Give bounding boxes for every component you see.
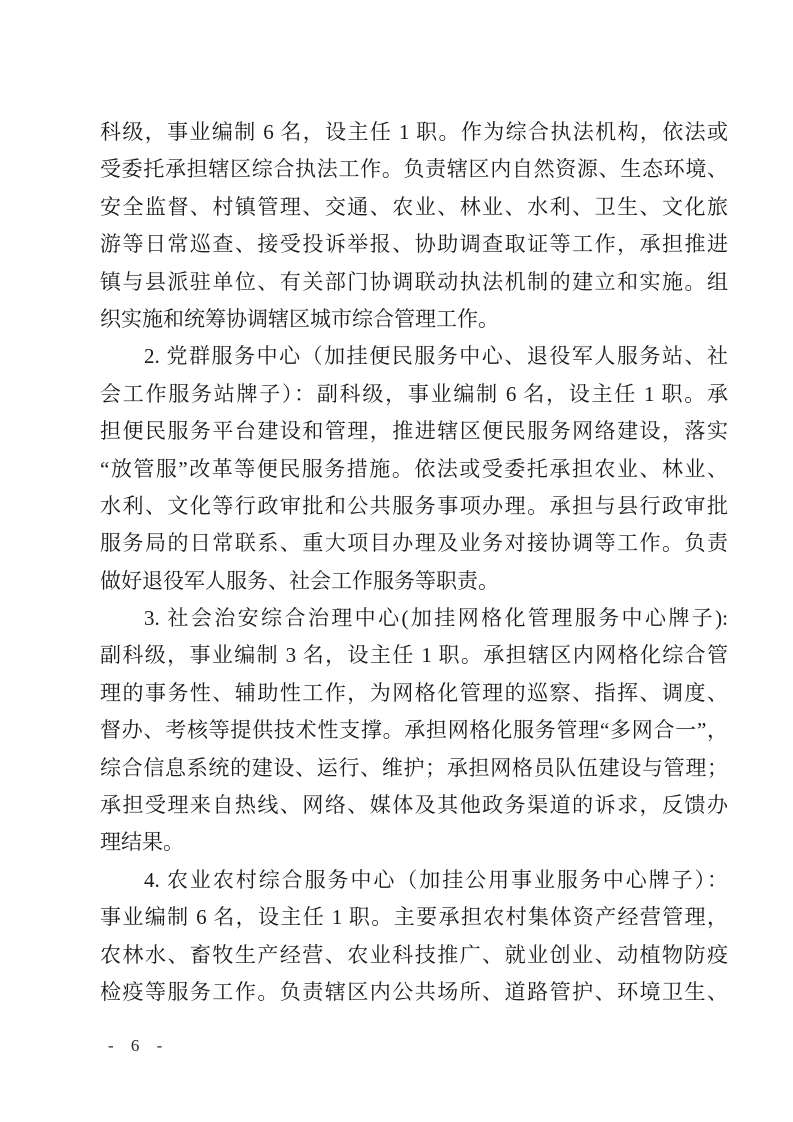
paragraph: 3. 社会治安综合治理中心(加挂网格化管理服务中心牌子):副科级，事业编制 3 … [100,600,728,862]
text-line: 副科级，事业编制 3 名，设主任 1 职。承担辖区内网格化综合管 [100,637,728,674]
paragraph: 2. 党群服务中心（加挂便民服务中心、退役军人服务站、社会工作服务站牌子）：副科… [100,338,728,600]
text-line: “放管服”改革等便民服务措施。依法或受委托承担农业、林业、 [100,451,728,488]
text-line: 承担受理来自热线、网络、媒体及其他政务渠道的诉求，反馈办 [100,787,728,824]
paragraph: 4. 农业农村综合服务中心（加挂公用事业服务中心牌子）：事业编制 6 名，设主任… [100,862,728,1012]
text-line: 担便民服务平台建设和管理，推进辖区便民服务网络建设，落实 [100,413,728,450]
text-line: 理的事务性、辅助性工作，为网格化管理的巡察、指挥、调度、 [100,675,728,712]
text-line: 织实施和统筹协调辖区城市综合管理工作。 [100,301,728,338]
text-line: 农林水、畜牧生产经营、农业科技推广、就业创业、动植物防疫 [100,937,728,974]
paragraph: 科级，事业编制 6 名，设主任 1 职。作为综合执法机构，依法或受委托承担辖区综… [100,114,728,338]
text-line: 3. 社会治安综合治理中心(加挂网格化管理服务中心牌子): [100,600,728,637]
text-line: 游等日常巡查、接受投诉举报、协助调查取证等工作，承担推进 [100,226,728,263]
text-line: 服务局的日常联系、重大项目办理及业务对接协调等工作。负责 [100,525,728,562]
text-line: 检疫等服务工作。负责辖区内公共场所、道路管护、环境卫生、 [100,974,728,1011]
text-line: 会工作服务站牌子）：副科级，事业编制 6 名，设主任 1 职。承 [100,376,728,413]
text-line: 督办、考核等提供技术性支撑。承担网格化服务管理“多网合一”， [100,712,728,749]
document-page: 科级，事业编制 6 名，设主任 1 职。作为综合执法机构，依法或受委托承担辖区综… [0,0,793,1122]
text-line: 水利、文化等行政审批和公共服务事项办理。承担与县行政审批 [100,488,728,525]
page-number: - 6 - [108,1036,165,1056]
text-line: 做好退役军人服务、社会工作服务等职责。 [100,563,728,600]
text-line: 事业编制 6 名，设主任 1 职。主要承担农村集体资产经营管理， [100,899,728,936]
text-line: 镇与县派驻单位、有关部门协调联动执法机制的建立和实施。组 [100,264,728,301]
text-line: 受委托承担辖区综合执法工作。负责辖区内自然资源、生态环境、 [100,151,728,188]
text-line: 理结果。 [100,824,728,861]
text-line: 综合信息系统的建设、运行、维护；承担网格员队伍建设与管理； [100,750,728,787]
text-line: 4. 农业农村综合服务中心（加挂公用事业服务中心牌子）： [100,862,728,899]
text-line: 科级，事业编制 6 名，设主任 1 职。作为综合执法机构，依法或 [100,114,728,151]
document-body: 科级，事业编制 6 名，设主任 1 职。作为综合执法机构，依法或受委托承担辖区综… [100,114,728,1011]
text-line: 安全监督、村镇管理、交通、农业、林业、水利、卫生、文化旅 [100,189,728,226]
text-line: 2. 党群服务中心（加挂便民服务中心、退役军人服务站、社 [100,338,728,375]
